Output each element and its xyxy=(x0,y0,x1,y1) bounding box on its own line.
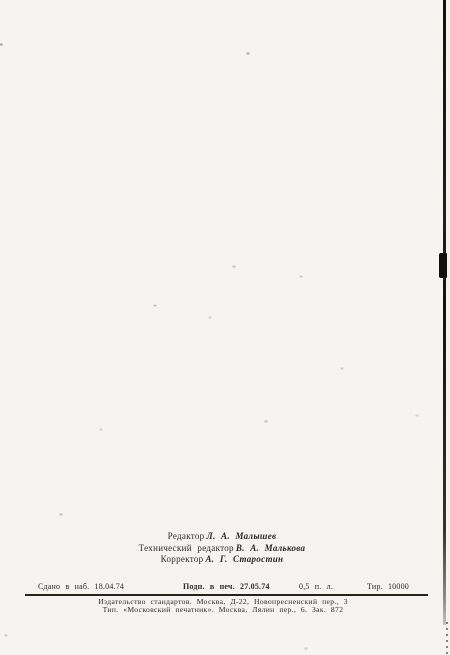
signed-to-print-date: Подп. в печ. 27.05.74 xyxy=(183,582,270,591)
editor-role: Корректор xyxy=(161,554,204,564)
print-run: Тир. 10000 xyxy=(367,582,409,591)
editor-name: А. Г. Старостин xyxy=(205,554,283,564)
scan-edge-blob-artifact xyxy=(439,253,447,278)
print-sheets-volume: 0,5 п. л. xyxy=(299,582,333,591)
printer-address-line: Тип. «Московский печатник». Москва, Ляли… xyxy=(0,606,446,614)
colophon-editors: РедакторЛ. А. Малышев Технический редакт… xyxy=(0,531,444,566)
publisher-info: Издательство стандартов. Москва, Д-22, Н… xyxy=(0,598,446,614)
typeset-date: Сдано в наб. 18.04.74 xyxy=(38,582,124,591)
editor-name: Л. А. Малышев xyxy=(206,531,276,541)
scan-edge-faint-artifact xyxy=(446,622,448,655)
print-info-row: Сдано в наб. 18.04.74 Подп. в печ. 27.05… xyxy=(0,582,450,594)
editor-name: В. А. Малькова xyxy=(236,543,306,553)
editor-row-technical-editor: Технический редакторВ. А. Малькова xyxy=(0,543,444,555)
scan-edge-artifact xyxy=(443,0,446,625)
editor-row-proofreader: КорректорА. Г. Старостин xyxy=(0,554,444,566)
editor-role: Технический редактор xyxy=(139,543,234,553)
editor-role: Редактор xyxy=(168,531,205,541)
editor-row-editor: РедакторЛ. А. Малышев xyxy=(0,531,444,543)
horizontal-rule xyxy=(25,594,428,596)
scanned-document-page: РедакторЛ. А. Малышев Технический редакт… xyxy=(0,0,450,655)
paper-speckle-artifacts xyxy=(0,0,2,1)
